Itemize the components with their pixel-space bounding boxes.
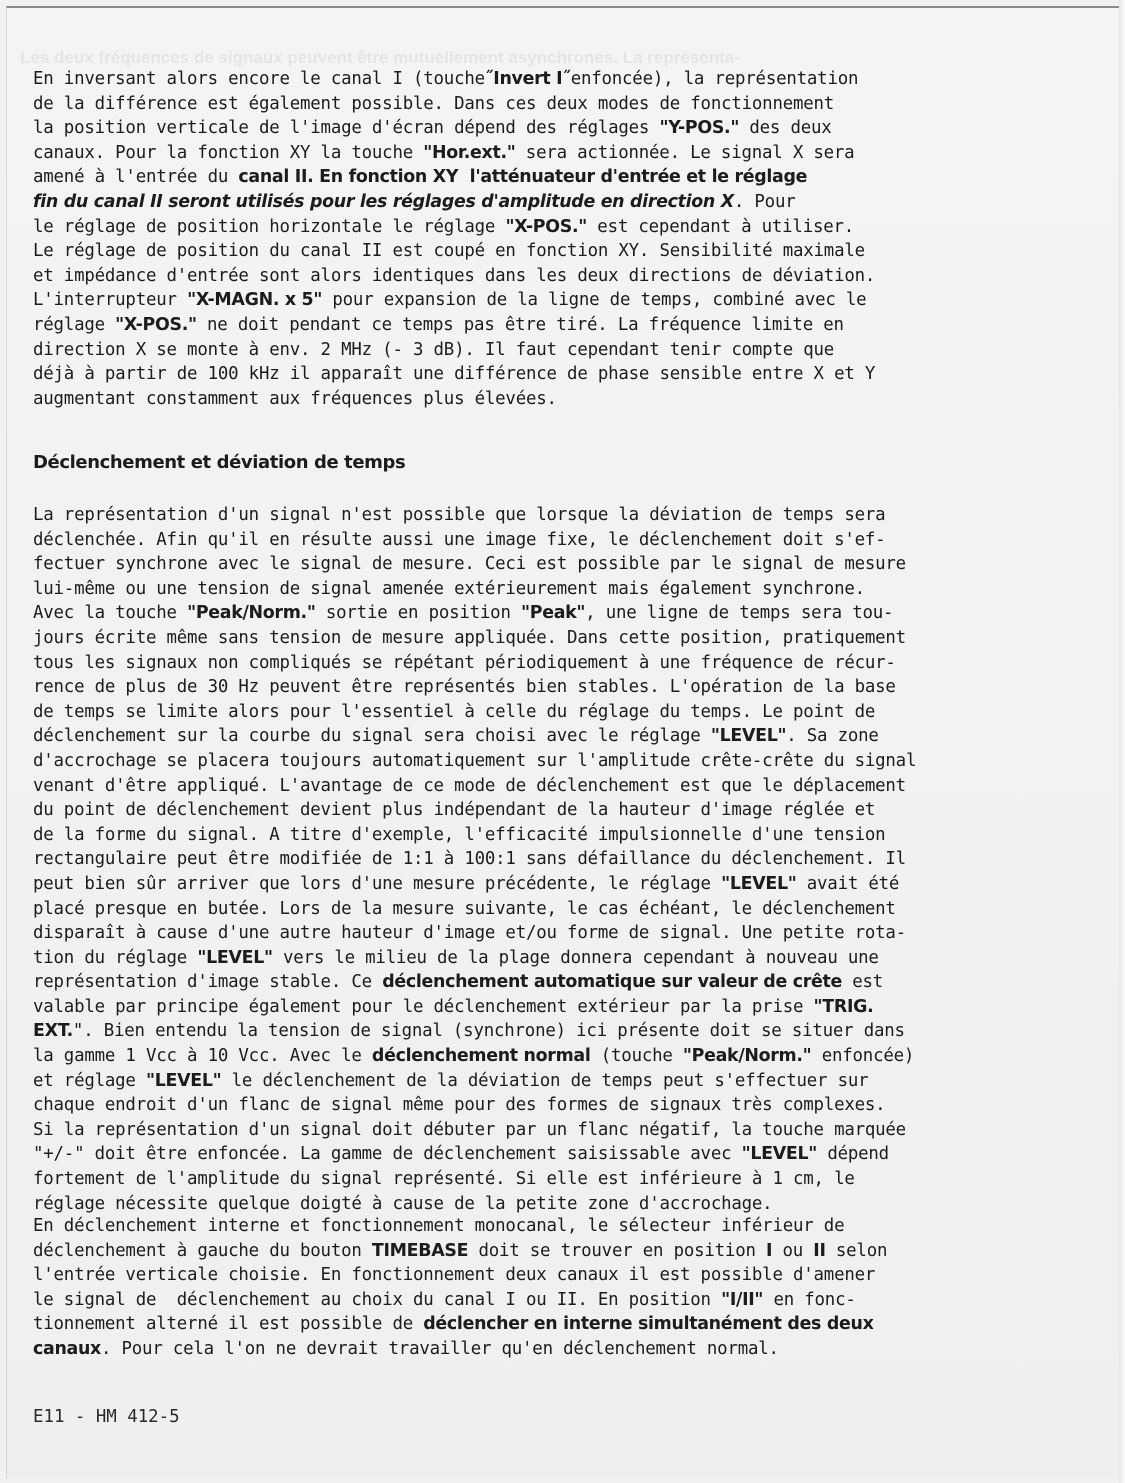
emphasis-text: "LEVEL" bbox=[197, 948, 272, 968]
text-line: réglage nécessite quelque doigté à cause… bbox=[33, 1192, 1093, 1217]
body-text: de la forme du signal. A titre d'exemple… bbox=[33, 825, 885, 845]
text-line: augmentant constamment aux fréquences pl… bbox=[33, 387, 1093, 412]
text-line: la position verticale de l'image d'écran… bbox=[33, 116, 1093, 141]
emphasis-text: "I/II" bbox=[721, 1290, 763, 1310]
body-text: la gamme 1 Vcc à 10 Vcc. Avec le bbox=[33, 1046, 372, 1066]
body-text: tous les signaux non compliqués se répét… bbox=[33, 653, 896, 673]
emphasis-text: "TRIG. bbox=[814, 997, 874, 1017]
body-text: déclenchée. Afin qu'il en résulte aussi … bbox=[33, 530, 885, 550]
emphasis-text: II bbox=[813, 1241, 825, 1261]
text-line: le réglage de position horizontale le ré… bbox=[33, 215, 1093, 240]
text-line: chaque endroit d'un flanc de signal même… bbox=[33, 1093, 1093, 1118]
body-text: enfoncée), la représentation bbox=[571, 69, 859, 89]
text-line: Le réglage de position du canal II est c… bbox=[33, 239, 1093, 264]
body-text: Si la représentation d'un signal doit dé… bbox=[33, 1120, 906, 1140]
body-text: peut bien sûr arriver que lors d'une mes… bbox=[33, 874, 721, 894]
text-line: disparaît à cause d'une autre hauteur d'… bbox=[33, 921, 1093, 946]
body-text: amené à l'entrée du bbox=[33, 167, 238, 187]
body-text: fortement de l'amplitude du signal repré… bbox=[33, 1169, 855, 1189]
text-line: et impédance d'entrée sont alors identiq… bbox=[33, 264, 1093, 289]
text-line: représentation d'image stable. Ce déclen… bbox=[33, 970, 1093, 995]
text-line: fin du canal II seront utilisés pour les… bbox=[33, 190, 1093, 215]
body-text: , une ligne de temps sera tou- bbox=[585, 603, 893, 623]
body-text: en fonc- bbox=[763, 1290, 855, 1310]
emphasis-text: "LEVEL" bbox=[146, 1071, 221, 1091]
emphasis-text: déclenchement normal bbox=[372, 1046, 591, 1066]
body-text: disparaît à cause d'une autre hauteur d'… bbox=[33, 923, 906, 943]
emphasis-text: canal II. En fonction XY l'atténuateur d… bbox=[238, 167, 807, 187]
text-line: "+/-" doit être enfoncée. La gamme de dé… bbox=[33, 1142, 1093, 1167]
body-text: ne doit pendant ce temps pas être tiré. … bbox=[197, 315, 844, 335]
emphasis-text: "Y-POS." bbox=[659, 118, 739, 138]
body-text: (touche bbox=[590, 1046, 682, 1066]
emphasis-text: TIMEBASE bbox=[372, 1241, 468, 1261]
body-text: du point de déclenchement devient plus i… bbox=[33, 800, 875, 820]
body-text: rence de plus de 30 Hz peuvent être repr… bbox=[33, 677, 896, 697]
paragraph-internal-triggering: En déclenchement interne et fonctionneme… bbox=[33, 1214, 1093, 1362]
body-text: et réglage bbox=[33, 1071, 146, 1091]
body-text: En inversant alors encore le canal I (to… bbox=[33, 69, 485, 89]
text-line: valable par principe également pour le d… bbox=[33, 995, 1093, 1020]
body-text: la position verticale de l'image d'écran… bbox=[33, 118, 659, 138]
emphasis-text: "LEVEL" bbox=[711, 726, 786, 746]
body-text: déclenchement à gauche du bouton bbox=[33, 1241, 372, 1261]
text-line: Avec la touche "Peak/Norm." sortie en po… bbox=[33, 601, 1093, 626]
body-text: valable par principe également pour le d… bbox=[33, 997, 814, 1017]
body-text: . Sa zone bbox=[786, 726, 878, 746]
text-line: de la différence est également possible.… bbox=[33, 92, 1093, 117]
body-text: dépend bbox=[817, 1144, 889, 1164]
body-text: En déclenchement interne et fonctionneme… bbox=[33, 1216, 844, 1236]
body-text: jours écrite même sans tension de mesure… bbox=[33, 628, 906, 648]
body-text: représentation d'image stable. Ce bbox=[33, 972, 382, 992]
emphasis-text: canaux bbox=[33, 1339, 101, 1359]
emphasis-text: "LEVEL" bbox=[742, 1144, 817, 1164]
text-line: canaux. Pour la fonction XY la touche "H… bbox=[33, 141, 1093, 166]
body-text: . Pour bbox=[734, 192, 796, 212]
text-line: rence de plus de 30 Hz peuvent être repr… bbox=[33, 675, 1093, 700]
body-text: et impédance d'entrée sont alors identiq… bbox=[33, 266, 875, 286]
text-line: peut bien sûr arriver que lors d'une mes… bbox=[33, 872, 1093, 897]
text-line: rectangulaire peut être modifiée de 1:1 … bbox=[33, 847, 1093, 872]
body-text: des deux bbox=[739, 118, 831, 138]
body-text: le déclenchement de la déviation de temp… bbox=[221, 1071, 868, 1091]
page-edge bbox=[1119, 0, 1125, 1483]
emphasis-text: "Peak/Norm." bbox=[187, 603, 316, 623]
text-line: L'interrupteur "X-MAGN. x 5" pour expans… bbox=[33, 288, 1093, 313]
text-line: le signal de déclenchement au choix du c… bbox=[33, 1288, 1093, 1313]
body-text: sera actionnée. Le signal X sera bbox=[516, 143, 855, 163]
body-text: est cependant à utiliser. bbox=[587, 217, 854, 237]
text-line: d'accrochage se placera toujours automat… bbox=[33, 749, 1093, 774]
page-footer: E11 - HM 412-5 bbox=[33, 1407, 180, 1427]
text-line: En inversant alors encore le canal I (to… bbox=[33, 67, 1093, 92]
body-text: . Pour cela l'on ne devrait travailler q… bbox=[101, 1339, 779, 1359]
body-text: sortie en position bbox=[316, 603, 521, 623]
text-line: amené à l'entrée du canal II. En fonctio… bbox=[33, 165, 1093, 190]
text-line: du point de déclenchement devient plus i… bbox=[33, 798, 1093, 823]
body-text: fectuer synchrone avec le signal de mesu… bbox=[33, 554, 906, 574]
emphasis-text: "LEVEL" bbox=[721, 874, 796, 894]
text-line: La représentation d'un signal n'est poss… bbox=[33, 503, 1093, 528]
text-line: tion du réglage "LEVEL" vers le milieu d… bbox=[33, 946, 1093, 971]
body-text: tionnement alterné il est possible de bbox=[33, 1314, 423, 1334]
body-text: vers le milieu de la plage donnera cepen… bbox=[273, 948, 879, 968]
section-heading: Déclenchement et déviation de temps bbox=[33, 452, 405, 473]
body-text: L'interrupteur bbox=[33, 290, 187, 310]
text-line: déclenchement sur la courbe du signal se… bbox=[33, 724, 1093, 749]
body-text: déclenchement sur la courbe du signal se… bbox=[33, 726, 711, 746]
emphasis-text: "X-POS." bbox=[505, 217, 587, 237]
body-text: de la différence est également possible.… bbox=[33, 94, 834, 114]
text-line: canaux. Pour cela l'on ne devrait travai… bbox=[33, 1337, 1093, 1362]
text-line: fortement de l'amplitude du signal repré… bbox=[33, 1167, 1093, 1192]
body-text: d'accrochage se placera toujours automat… bbox=[33, 751, 916, 771]
text-line: direction X se monte à env. 2 MHz (- 3 d… bbox=[33, 338, 1093, 363]
body-text: Avec la touche bbox=[33, 603, 187, 623]
body-text: réglage bbox=[33, 315, 115, 335]
text-line: fectuer synchrone avec le signal de mesu… bbox=[33, 552, 1093, 577]
body-text: chaque endroit d'un flanc de signal même… bbox=[33, 1095, 885, 1115]
text-line: placé presque en butée. Lors de la mesur… bbox=[33, 897, 1093, 922]
body-text: déjà à partir de 100 kHz il apparaît une… bbox=[33, 364, 875, 384]
body-text: l'entrée verticale choisie. En fonctionn… bbox=[33, 1265, 875, 1285]
text-line: réglage "X-POS." ne doit pendant ce temp… bbox=[33, 313, 1093, 338]
text-line: En déclenchement interne et fonctionneme… bbox=[33, 1214, 1093, 1239]
emphasis-text: "X-MAGN. x 5" bbox=[187, 290, 322, 310]
paragraph-xy-mode: En inversant alors encore le canal I (to… bbox=[33, 67, 1093, 411]
emphasis-text: "X-POS." bbox=[115, 315, 197, 335]
body-text: direction X se monte à env. 2 MHz (- 3 d… bbox=[33, 340, 834, 360]
body-text: doit se trouver en position bbox=[468, 1241, 766, 1261]
text-line: venant d'être appliqué. L'avantage de ce… bbox=[33, 774, 1093, 799]
body-text: avait été bbox=[797, 874, 900, 894]
text-line: lui-même ou une tension de signal amenée… bbox=[33, 577, 1093, 602]
text-line: Si la représentation d'un signal doit dé… bbox=[33, 1118, 1093, 1143]
emphasis-text: "Peak" bbox=[521, 603, 585, 623]
text-line: déjà à partir de 100 kHz il apparaît une… bbox=[33, 362, 1093, 387]
body-text: ou bbox=[772, 1241, 813, 1261]
text-line: déclenchée. Afin qu'il en résulte aussi … bbox=[33, 528, 1093, 553]
body-text: ". Bien entendu la tension de signal (sy… bbox=[73, 1021, 905, 1041]
text-line: tous les signaux non compliqués se répét… bbox=[33, 651, 1093, 676]
text-line: et réglage "LEVEL" le déclenchement de l… bbox=[33, 1069, 1093, 1094]
text-line: jours écrite même sans tension de mesure… bbox=[33, 626, 1093, 651]
body-text: est bbox=[842, 972, 883, 992]
text-line: de la forme du signal. A titre d'exemple… bbox=[33, 823, 1093, 848]
body-text: augmentant constamment aux fréquences pl… bbox=[33, 389, 557, 409]
body-text: réglage nécessite quelque doigté à cause… bbox=[33, 1194, 772, 1214]
body-text: de temps se limite alors pour l'essentie… bbox=[33, 702, 875, 722]
text-line: l'entrée verticale choisie. En fonctionn… bbox=[33, 1263, 1093, 1288]
body-text: pour expansion de la ligne de temps, com… bbox=[322, 290, 866, 310]
body-text: La représentation d'un signal n'est poss… bbox=[33, 505, 885, 525]
body-text: selon bbox=[826, 1241, 888, 1261]
body-text: le signal de déclenchement au choix du c… bbox=[33, 1290, 721, 1310]
text-line: la gamme 1 Vcc à 10 Vcc. Avec le déclenc… bbox=[33, 1044, 1093, 1069]
body-text: Le réglage de position du canal II est c… bbox=[33, 241, 865, 261]
emphasis-text: fin du canal II seront utilisés pour les… bbox=[33, 192, 734, 212]
body-text: le réglage de position horizontale le ré… bbox=[33, 217, 505, 237]
text-line: EXT.". Bien entendu la tension de signal… bbox=[33, 1019, 1093, 1044]
body-text: "+/-" doit être enfoncée. La gamme de dé… bbox=[33, 1144, 742, 1164]
emphasis-text: ˝Invert I˝ bbox=[485, 69, 571, 89]
body-text: rectangulaire peut être modifiée de 1:1 … bbox=[33, 849, 906, 869]
text-line: de temps se limite alors pour l'essentie… bbox=[33, 700, 1093, 725]
body-text: lui-même ou une tension de signal amenée… bbox=[33, 579, 865, 599]
emphasis-text: déclencher en interne simultanément des … bbox=[423, 1314, 873, 1334]
body-text: venant d'être appliqué. L'avantage de ce… bbox=[33, 776, 906, 796]
paragraph-triggering: La représentation d'un signal n'est poss… bbox=[33, 503, 1093, 1216]
text-line: tionnement alterné il est possible de dé… bbox=[33, 1312, 1093, 1337]
body-text: placé presque en butée. Lors de la mesur… bbox=[33, 899, 896, 919]
text-line: déclenchement à gauche du bouton TIMEBAS… bbox=[33, 1239, 1093, 1264]
body-text: tion du réglage bbox=[33, 948, 197, 968]
emphasis-text: déclenchement automatique sur valeur de … bbox=[382, 972, 842, 992]
body-text: canaux. Pour la fonction XY la touche bbox=[33, 143, 423, 163]
emphasis-text: EXT. bbox=[33, 1021, 73, 1041]
emphasis-text: "Hor.ext." bbox=[423, 143, 515, 163]
emphasis-text: "Peak/Norm." bbox=[683, 1046, 812, 1066]
body-text: enfoncée) bbox=[811, 1046, 914, 1066]
